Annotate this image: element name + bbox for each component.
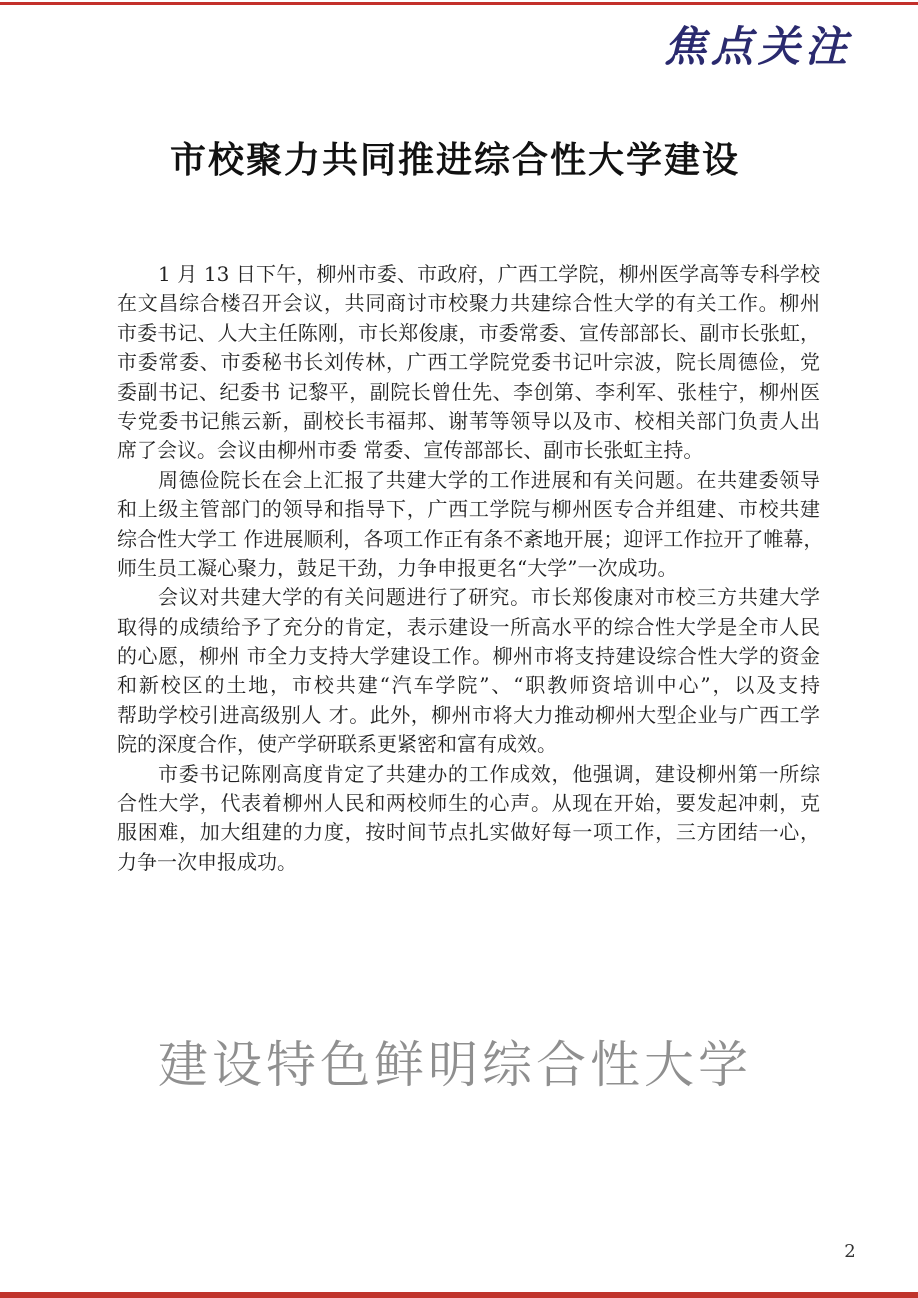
slogan-banner: 建设特色鲜明综合性大学 xyxy=(150,1032,760,1098)
article-title: 市校聚力共同推进综合性大学建设 xyxy=(150,136,760,186)
article-body: 1 月 13 日下午，柳州市委、市政府，广西工学院，柳州医学高等专科学校 在文昌… xyxy=(117,260,820,877)
section-tag: 焦点关注 xyxy=(664,22,874,72)
paragraph-3: 会议对共建大学的有关问题进行了研究。市长郑俊康对市校三方共建大学 取得的成绩给予… xyxy=(117,583,820,759)
text-line: 市委书记陈刚高度肯定了共建办的工作成效，他强调，建设柳州第一所综 xyxy=(117,760,820,789)
text-line: 师生员工凝心聚力，鼓足干劲，力争申报更名“大学”一次成功。 xyxy=(117,554,820,583)
text-line: 市委常委、市委秘书长刘传林，广西工学院党委书记叶宗波，院长周德俭，党 xyxy=(117,348,820,377)
paragraph-1: 1 月 13 日下午，柳州市委、市政府，广西工学院，柳州医学高等专科学校 在文昌… xyxy=(117,260,820,466)
text-line: 力争一次申报成功。 xyxy=(117,848,820,877)
text-line: 取得的成绩给予了充分的肯定，表示建设一所高水平的综合性大学是全市人民 xyxy=(117,613,820,642)
text-line: 委副书记、纪委书 记黎平，副院长曾仕先、李创第、李利军、张桂宁，柳州医 xyxy=(117,378,820,407)
text-line: 的心愿，柳州 市全力支持大学建设工作。柳州市将支持建设综合性大学的资金 xyxy=(117,642,820,671)
text-line: 帮助学校引进高级别人 才。此外，柳州市将大力推动柳州大型企业与广西工学 xyxy=(117,701,820,730)
text-line: 服困难，加大组建的力度，按时间节点扎实做好每一项工作，三方团结一心， xyxy=(117,818,820,847)
text-line: 会议对共建大学的有关问题进行了研究。市长郑俊康对市校三方共建大学 xyxy=(117,583,820,612)
paragraph-4: 市委书记陈刚高度肯定了共建办的工作成效，他强调，建设柳州第一所综 合性大学，代表… xyxy=(117,760,820,878)
text-line: 院的深度合作，使产学研联系更紧密和富有成效。 xyxy=(117,730,820,759)
text-line: 综合性大学工 作进展顺利，各项工作正有条不紊地开展；迎评工作拉开了帷幕， xyxy=(117,525,820,554)
text-line: 1 月 13 日下午，柳州市委、市政府，广西工学院，柳州医学高等专科学校 xyxy=(117,260,820,289)
text-line: 专党委书记熊云新，副校长韦福邦、谢苇等领导以及市、校相关部门负责人出 xyxy=(117,407,820,436)
bottom-accent-rule xyxy=(0,1292,918,1298)
text-line: 市委书记、人大主任陈刚，市长郑俊康，市委常委、宣传部部长、副市长张虹， xyxy=(117,319,820,348)
text-line: 席了会议。会议由柳州市委 常委、宣传部部长、副市长张虹主持。 xyxy=(117,436,820,465)
paragraph-2: 周德俭院长在会上汇报了共建大学的工作进展和有关问题。在共建委领导 和上级主管部门… xyxy=(117,466,820,584)
text-line: 和新校区的土地，市校共建“汽车学院”、“职教师资培训中心”，以及支持 xyxy=(117,671,820,700)
page-number: 2 xyxy=(838,1240,862,1264)
top-accent-rule xyxy=(0,2,918,5)
text-line: 周德俭院长在会上汇报了共建大学的工作进展和有关问题。在共建委领导 xyxy=(117,466,820,495)
text-line: 和上级主管部门的领导和指导下，广西工学院与柳州医专合并组建、市校共建 xyxy=(117,495,820,524)
text-line: 在文昌综合楼召开会议，共同商讨市校聚力共建综合性大学的有关工作。柳州 xyxy=(117,289,820,318)
text-line: 合性大学，代表着柳州人民和两校师生的心声。从现在开始，要发起冲刺，克 xyxy=(117,789,820,818)
